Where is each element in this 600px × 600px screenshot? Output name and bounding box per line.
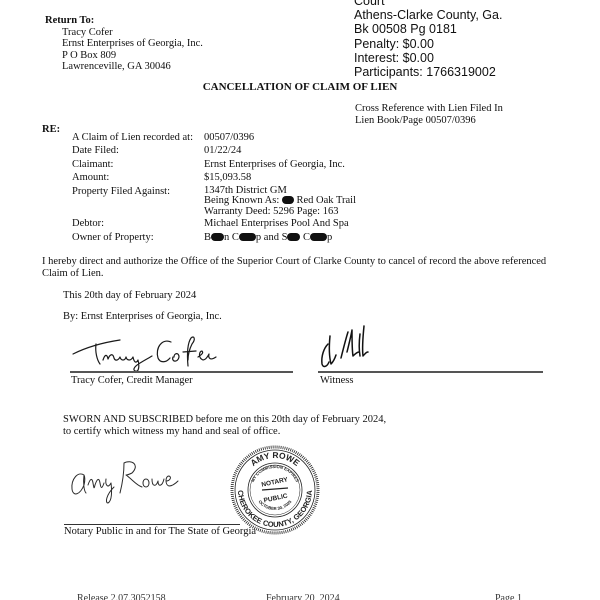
re-value: Michael Enterprises Pool And Spa [204, 218, 349, 230]
stamp-line-participants: Participants: 1766319002 [354, 65, 502, 79]
re-key: Claimant: [72, 159, 204, 171]
owner-value: Bn Cp and S Cp [204, 232, 332, 244]
witness-signature [318, 322, 378, 372]
re-row-date-filed: Date Filed: 01/22/24 [72, 145, 356, 157]
re-row-amount: Amount: $15,093.58 [72, 172, 356, 184]
seal-notary: NOTARY [261, 476, 289, 489]
property-address: Being Known As: Red Oak Trail [204, 196, 356, 207]
re-value: 01/22/24 [204, 145, 241, 157]
owner-text: p [327, 232, 332, 243]
return-to-block: Return To: Tracy Cofer Ernst Enterprises… [45, 15, 203, 73]
re-row-debtor: Debtor: Michael Enterprises Pool And Spa [72, 218, 356, 230]
signer-signature [70, 330, 250, 370]
re-row-claimant: Claimant: Ernst Enterprises of Georgia, … [72, 159, 356, 171]
re-value-multiline: 1347th District GM Being Known As: Red O… [204, 186, 356, 218]
footer-release: Release 2.07.3052158 [77, 593, 166, 600]
cross-reference-line-2: Lien Book/Page 00507/0396 [355, 115, 503, 127]
owner-text: B [204, 232, 211, 243]
page-footer: Release 2.07.3052158 February 20, 2024 P… [0, 592, 600, 600]
property-deed: Warranty Deed: 5296 Page: 163 [204, 207, 356, 218]
notary-label: Notary Public in and for The State of Ge… [64, 526, 256, 537]
owner-text: C [300, 232, 310, 243]
re-key: Date Filed: [72, 145, 204, 157]
re-label: RE: [42, 124, 60, 135]
re-row-owner: Owner of Property: Bn Cp and S Cp [72, 232, 356, 244]
owner-text: n C [224, 232, 239, 243]
redaction-mark [239, 233, 256, 241]
cross-reference-line-1: Cross Reference with Lien Filed In [355, 103, 503, 115]
witness-signature-line [318, 371, 543, 373]
stamp-line-penalty: Penalty: $0.00 [354, 37, 502, 51]
property-address-street: Red Oak Trail [294, 195, 356, 206]
re-key: A Claim of Lien recorded at: [72, 132, 204, 144]
property-address-prefix: Being Known As: [204, 195, 282, 206]
re-key: Owner of Property: [72, 232, 204, 244]
return-to-company: Ernst Enterprises of Georgia, Inc. [45, 38, 203, 50]
notary-signature [70, 455, 200, 505]
redaction-mark [287, 233, 300, 241]
re-row-property: Property Filed Against: 1347th District … [72, 186, 356, 218]
redaction-mark [310, 233, 327, 241]
re-row-recorded-at: A Claim of Lien recorded at: 00507/0396 [72, 132, 356, 144]
re-key: Debtor: [72, 218, 204, 230]
re-value: 00507/0396 [204, 132, 254, 144]
stamp-line-interest: Interest: $0.00 [354, 51, 502, 65]
re-key: Property Filed Against: [72, 186, 204, 218]
owner-text: p and S [256, 232, 288, 243]
signer-signature-line [70, 371, 293, 373]
re-details-table: A Claim of Lien recorded at: 00507/0396 … [72, 132, 356, 245]
date-line: This 20th day of February 2024 [63, 290, 196, 301]
signer-label: Tracy Cofer, Credit Manager [71, 375, 193, 386]
by-line: By: Ernst Enterprises of Georgia, Inc. [63, 311, 222, 322]
notary-seal: AMY ROWE CHEROKEE COUNTY, GEORGIA MY COM… [230, 445, 320, 535]
recording-stamp: Court Athens-Clarke County, Ga. Bk 00508… [354, 0, 502, 79]
sworn-line-2: to certify which witness my hand and sea… [63, 426, 386, 438]
footer-date: February 20, 2024 [266, 593, 340, 600]
re-value: $15,093.58 [204, 172, 251, 184]
re-key: Amount: [72, 172, 204, 184]
stamp-line-court: Court [354, 0, 502, 8]
stamp-line-county: Athens-Clarke County, Ga. [354, 8, 502, 22]
return-to-label: Return To: [45, 15, 203, 27]
sworn-statement: SWORN AND SUBSCRIBED before me on this 2… [63, 414, 386, 437]
authorization-paragraph: I hereby direct and authorize the Office… [42, 256, 572, 279]
seal-public: PUBLIC [263, 493, 288, 505]
return-to-po-box: P O Box 809 [45, 50, 203, 62]
witness-label: Witness [320, 375, 353, 386]
notary-signature-line [64, 524, 240, 525]
stamp-line-book-page: Bk 00508 Pg 0181 [354, 22, 502, 36]
re-value: Ernst Enterprises of Georgia, Inc. [204, 159, 345, 171]
sworn-line-1: SWORN AND SUBSCRIBED before me on this 2… [63, 414, 386, 426]
redaction-mark [211, 233, 224, 241]
document-title: CANCELLATION OF CLAIM OF LIEN [0, 81, 600, 93]
return-to-name: Tracy Cofer [45, 27, 203, 39]
footer-page: Page 1 [495, 593, 522, 600]
redaction-mark [282, 196, 294, 204]
cross-reference: Cross Reference with Lien Filed In Lien … [355, 103, 503, 126]
return-to-city: Lawrenceville, GA 30046 [45, 61, 203, 73]
